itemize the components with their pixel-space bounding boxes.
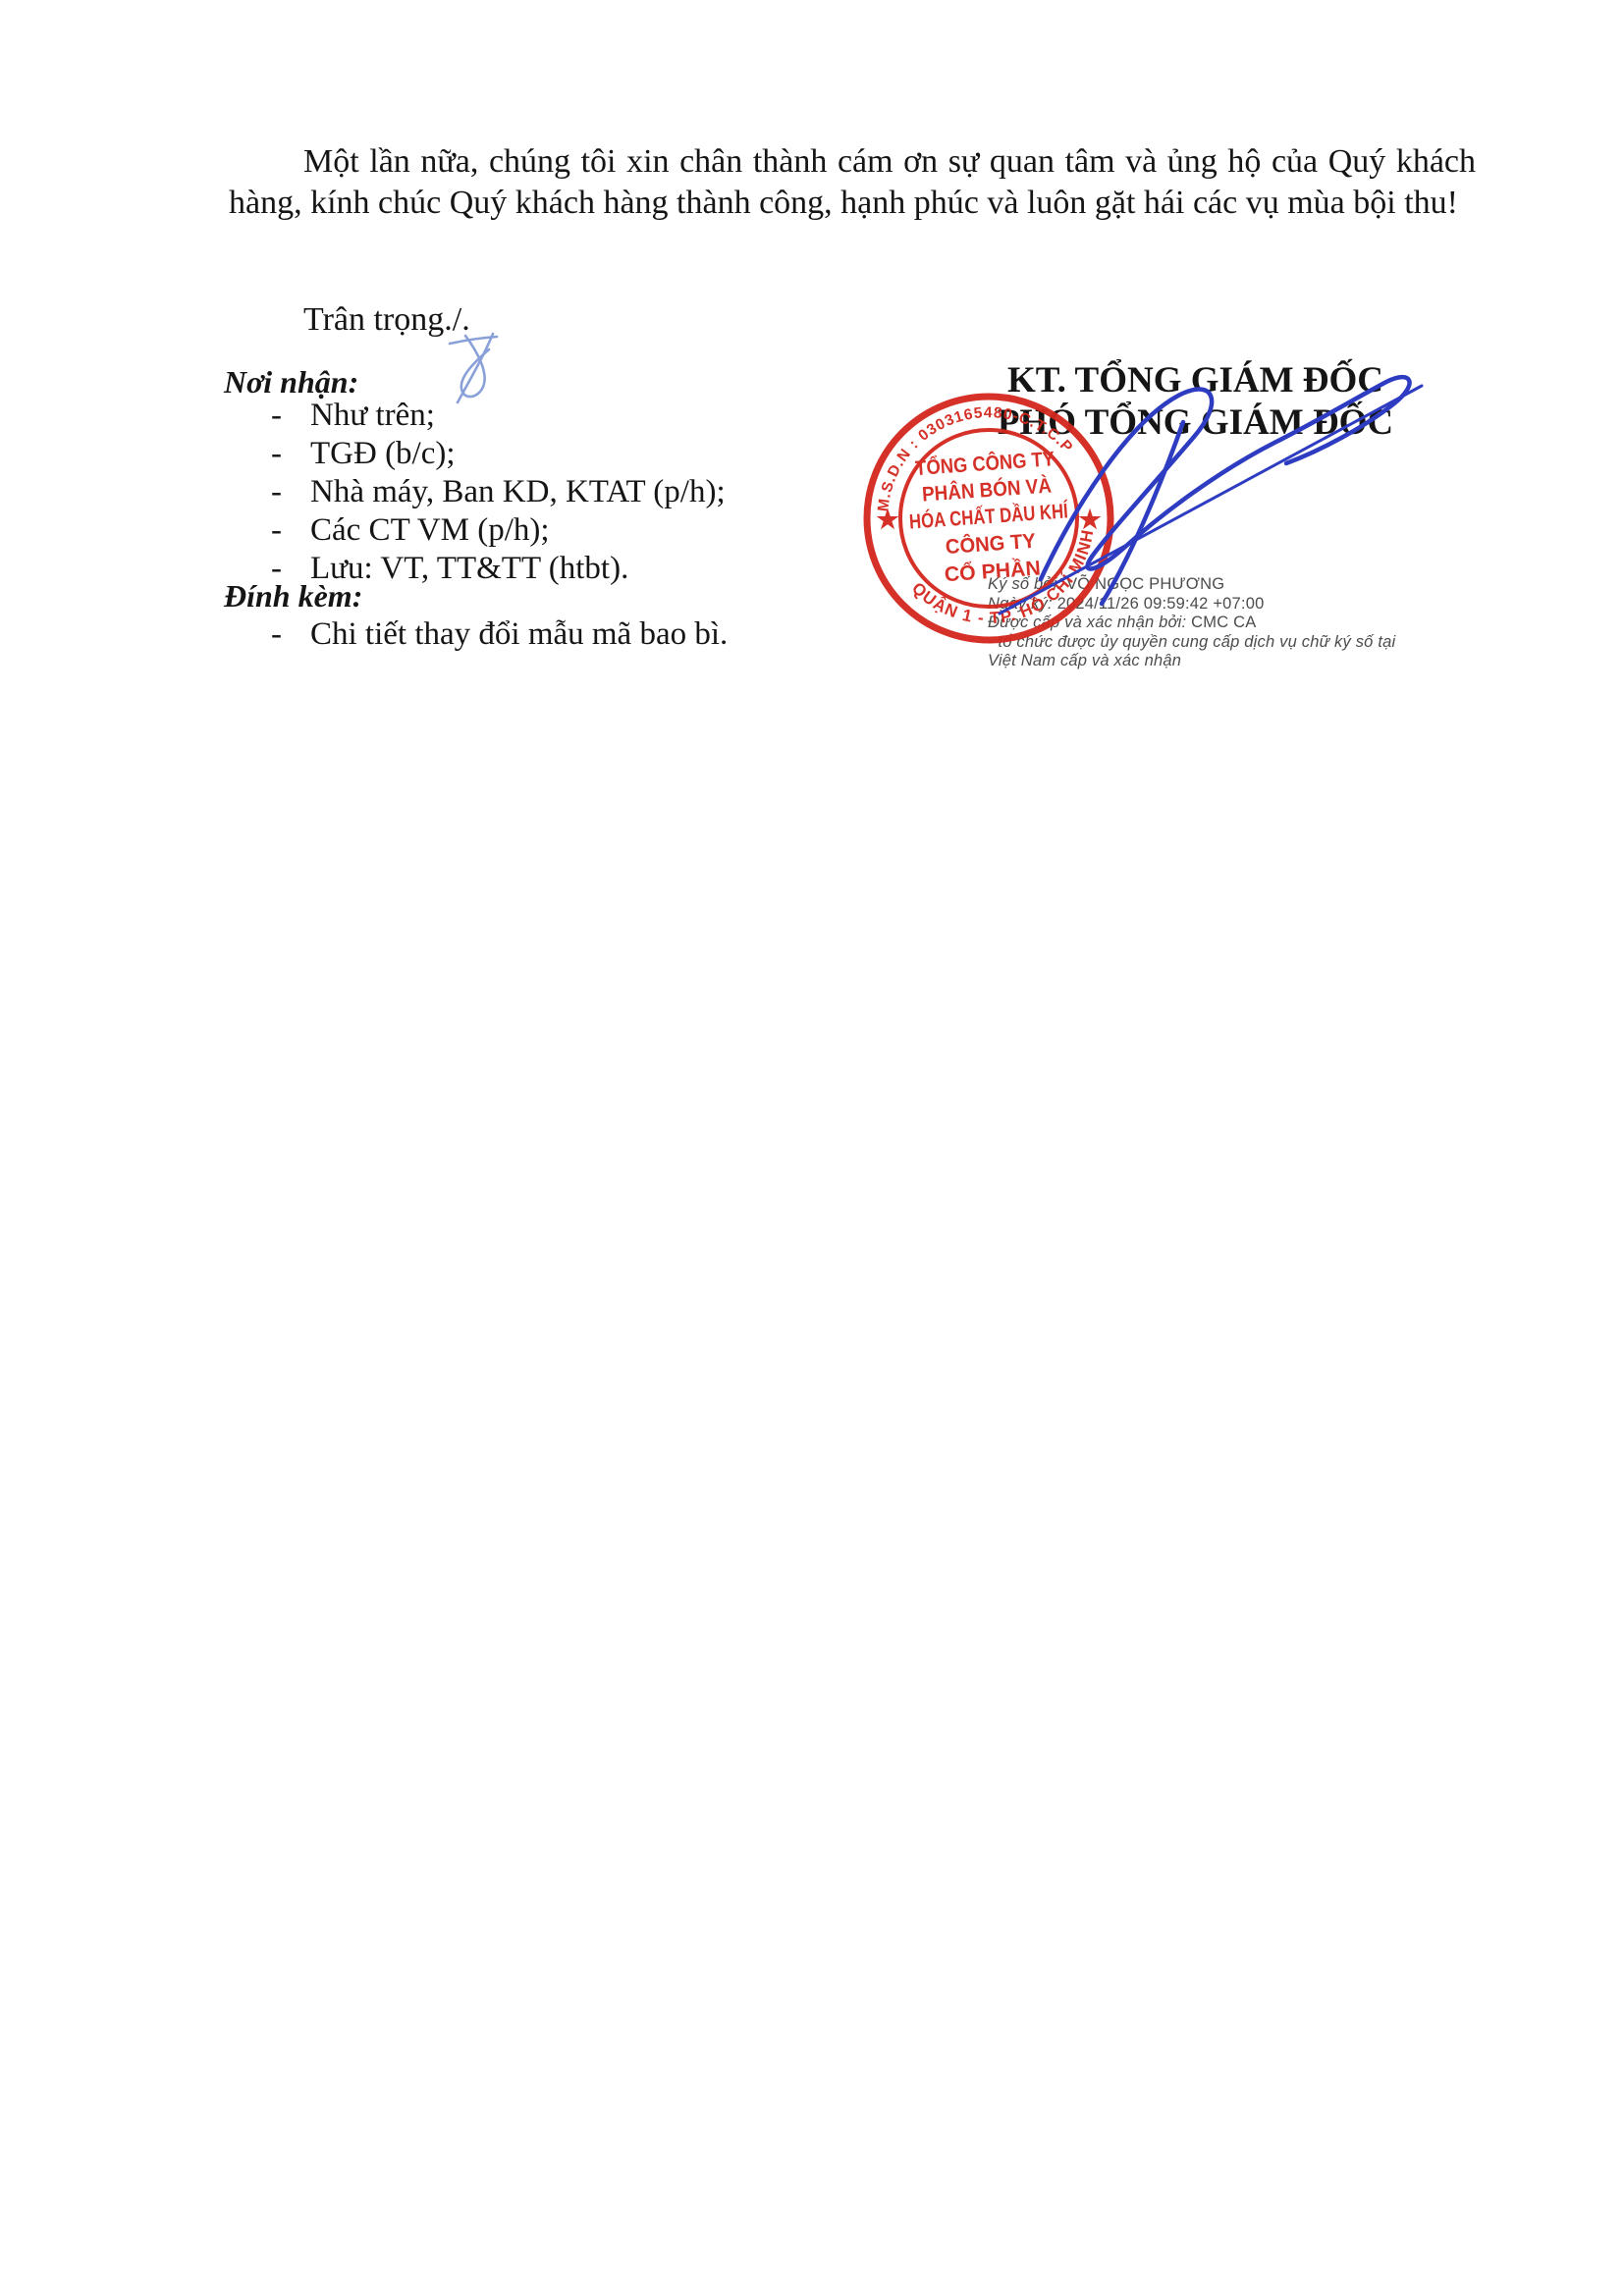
attachments-heading: Đính kèm: [224, 577, 362, 614]
list-dash: - [271, 435, 310, 473]
list-item-text: Như trên; [310, 397, 435, 435]
list-dash: - [271, 397, 310, 435]
closing-paragraph: Một lần nữa, chúng tôi xin chân thành cá… [229, 141, 1476, 224]
recipients-list: - Như trên; - TGĐ (b/c); - Nhà máy, Ban … [271, 397, 958, 588]
list-item: - Như trên; [271, 397, 958, 435]
document-page: Một lần nữa, chúng tôi xin chân thành cá… [0, 0, 1624, 2296]
list-item: - Nhà máy, Ban KD, KTAT (p/h); [271, 473, 958, 511]
signature-stroke-sweep [1000, 386, 1422, 614]
list-item: - TGĐ (b/c); [271, 435, 958, 473]
list-item: - Các CT VM (p/h); [271, 511, 958, 550]
signature-stroke-main [1041, 377, 1410, 579]
handwritten-initial [438, 330, 509, 408]
list-item-text: Nhà máy, Ban KD, KTAT (p/h); [310, 473, 726, 511]
list-dash: - [271, 615, 310, 654]
attachments-list: - Chi tiết thay đổi mẫu mã bao bì. [271, 615, 958, 654]
signature-stroke-descender [1102, 422, 1183, 604]
stamp-star-left-icon: ★ [876, 505, 899, 534]
recipients-heading: Nơi nhận: [224, 363, 358, 400]
list-item-text: TGĐ (b/c); [310, 435, 456, 473]
list-item-text: Chi tiết thay đổi mẫu mã bao bì. [310, 615, 728, 654]
list-item: - Lưu: VT, TT&TT (htbt). [271, 550, 958, 588]
initial-stroke-cross [458, 334, 493, 402]
list-dash: - [271, 511, 310, 550]
handwritten-signature [982, 368, 1443, 623]
list-dash: - [271, 473, 310, 511]
digital-sig-note-line2: Việt Nam cấp và xác nhận [988, 652, 1538, 671]
list-item: - Chi tiết thay đổi mẫu mã bao bì. [271, 615, 958, 654]
list-item-text: Các CT VM (p/h); [310, 511, 550, 550]
